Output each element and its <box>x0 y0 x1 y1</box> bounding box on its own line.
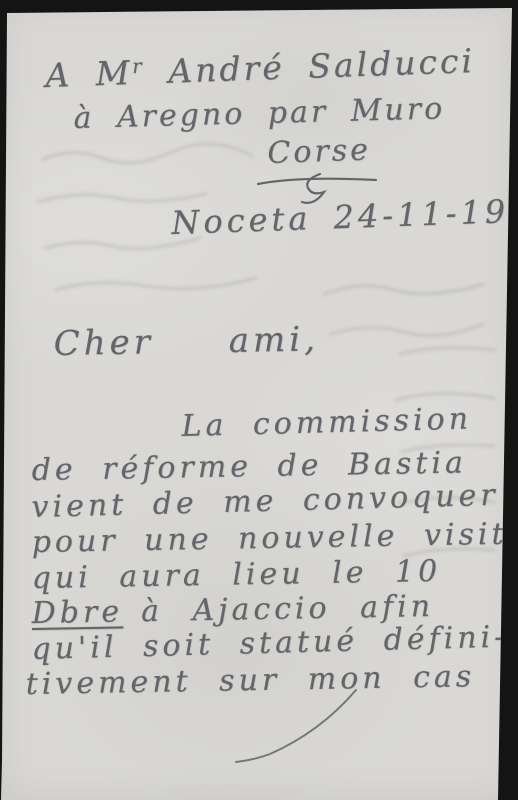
letter-page: A Mr André Salducci à Aregno par Muro Co… <box>0 0 518 800</box>
pen-descender-stroke <box>230 688 360 768</box>
address-line-region: Corse <box>267 132 372 171</box>
address-superscript: r <box>132 55 145 78</box>
address-name: André Salducci <box>168 41 476 91</box>
salutation: Cher ami, <box>53 319 319 364</box>
underlined-month-abbreviation: Dbre <box>31 594 123 631</box>
scan-dark-surface: A Mr André Salducci à Aregno par Muro Co… <box>0 0 518 800</box>
address-line-recipient: A Mr André Salducci <box>45 41 476 95</box>
address-line-locality: à Aregno par Muro <box>73 91 446 136</box>
address-prefix: A M <box>45 53 133 95</box>
